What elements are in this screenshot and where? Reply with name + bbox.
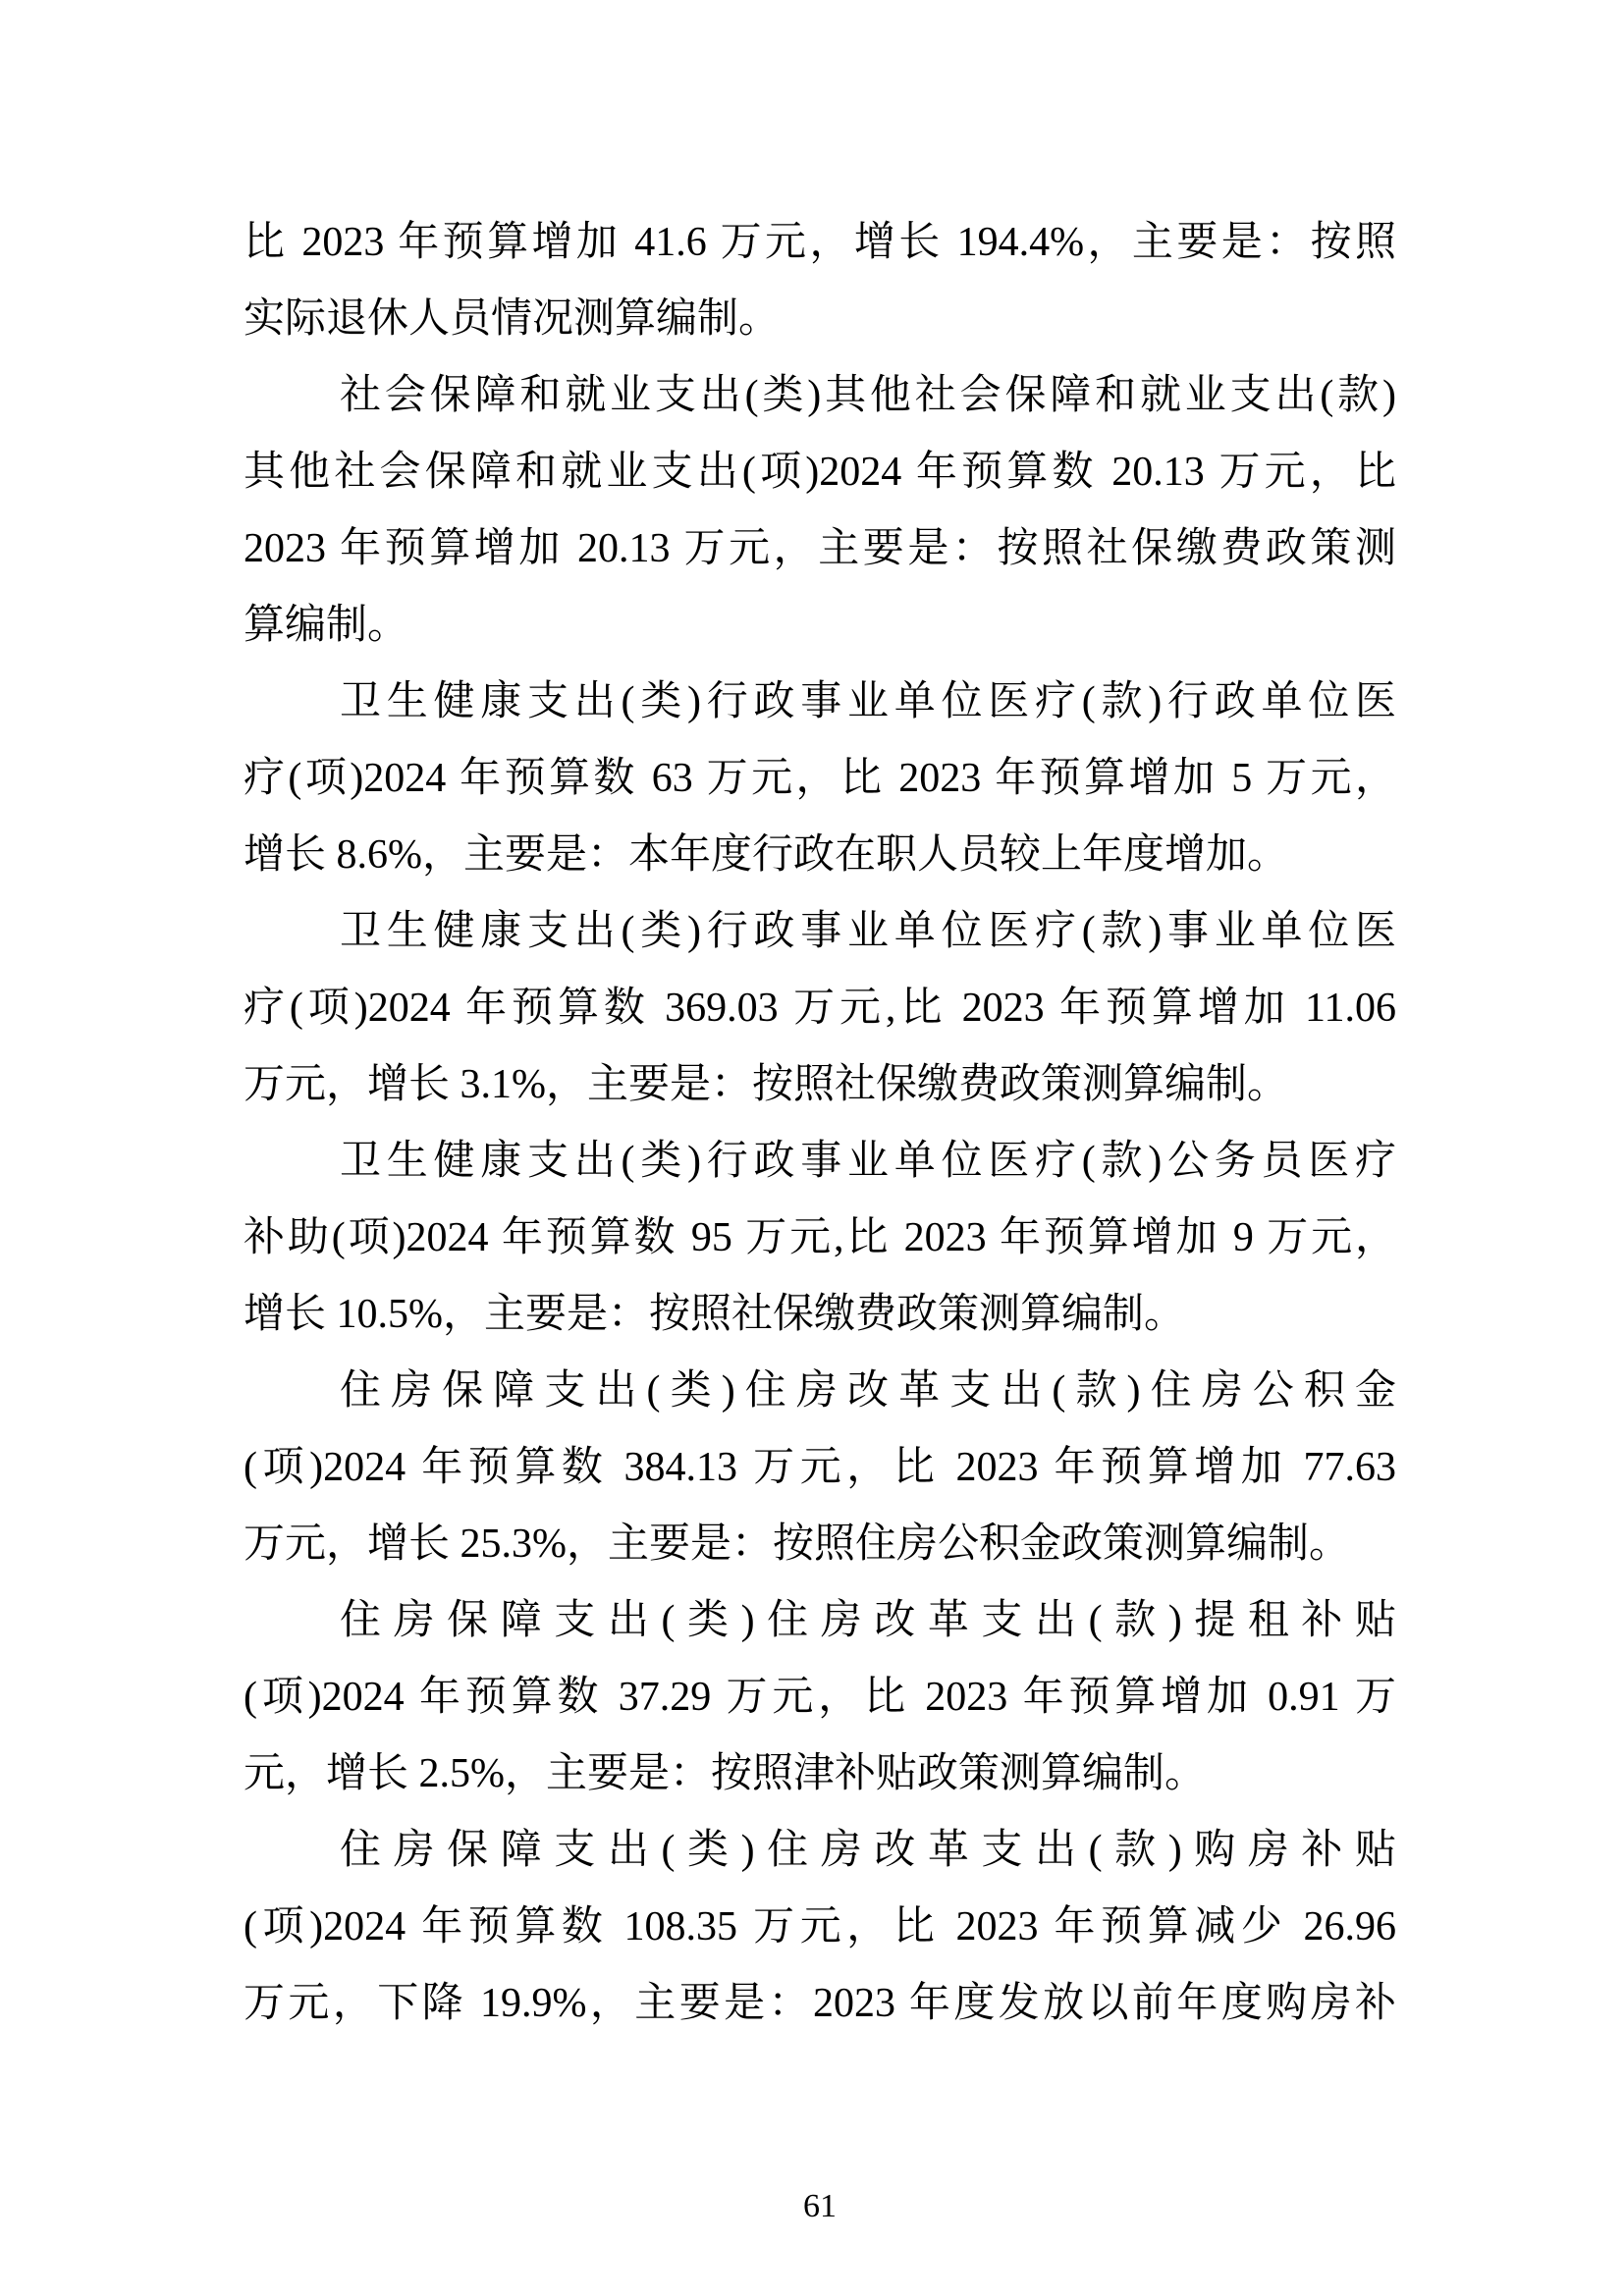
document-page: 比 2023 年预算增加 41.6 万元，增长 194.4%，主要是：按照 实际…	[0, 0, 1624, 2296]
text-line: 社会保障和就业支出(类)其他社会保障和就业支出(款)	[244, 357, 1396, 434]
text-line: (项)2024 年预算数 384.13 万元，比 2023 年预算增加 77.6…	[244, 1429, 1396, 1506]
text-line: 比 2023 年预算增加 41.6 万元，增长 194.4%，主要是：按照	[244, 204, 1396, 281]
text-line: 万元，增长 3.1%，主要是：按照社保缴费政策测算编制。	[244, 1046, 1396, 1123]
text-line: 算编制。	[244, 587, 1396, 664]
text-line: 疗(项)2024 年预算数 369.03 万元,比 2023 年预算增加 11.…	[244, 970, 1396, 1046]
text-line: 补助(项)2024 年预算数 95 万元,比 2023 年预算增加 9 万元，	[244, 1200, 1396, 1276]
page-number: 61	[244, 2185, 1396, 2228]
text-line: 住房保障支出(类)住房改革支出(款)住房公积金	[244, 1353, 1396, 1429]
text-line: (项)2024 年预算数 37.29 万元，比 2023 年预算增加 0.91 …	[244, 1659, 1396, 1735]
text-line: 疗(项)2024 年预算数 63 万元，比 2023 年预算增加 5 万元，	[244, 740, 1396, 817]
text-line: 其他社会保障和就业支出(项)2024 年预算数 20.13 万元，比	[244, 434, 1396, 510]
text-line: 万元，增长 25.3%，主要是：按照住房公积金政策测算编制。	[244, 1506, 1396, 1582]
text-line: 2023 年预算增加 20.13 万元，主要是：按照社保缴费政策测	[244, 510, 1396, 587]
text-line: 实际退休人员情况测算编制。	[244, 281, 1396, 357]
text-line: 卫生健康支出(类)行政事业单位医疗(款)行政单位医	[244, 664, 1396, 740]
text-line: 住房保障支出(类)住房改革支出(款)提租补贴	[244, 1582, 1396, 1659]
text-line: (项)2024 年预算数 108.35 万元，比 2023 年预算减少 26.9…	[244, 1889, 1396, 1965]
text-line: 万元，下降 19.9%，主要是：2023 年度发放以前年度购房补	[244, 1965, 1396, 2042]
text-line: 增长 10.5%，主要是：按照社保缴费政策测算编制。	[244, 1276, 1396, 1353]
document-body: 比 2023 年预算增加 41.6 万元，增长 194.4%，主要是：按照 实际…	[244, 204, 1396, 2042]
text-line: 住房保障支出(类)住房改革支出(款)购房补贴	[244, 1812, 1396, 1889]
text-line: 增长 8.6%，主要是：本年度行政在职人员较上年度增加。	[244, 817, 1396, 893]
text-line: 元，增长 2.5%，主要是：按照津补贴政策测算编制。	[244, 1735, 1396, 1812]
text-line: 卫生健康支出(类)行政事业单位医疗(款)公务员医疗	[244, 1123, 1396, 1200]
text-line: 卫生健康支出(类)行政事业单位医疗(款)事业单位医	[244, 893, 1396, 970]
